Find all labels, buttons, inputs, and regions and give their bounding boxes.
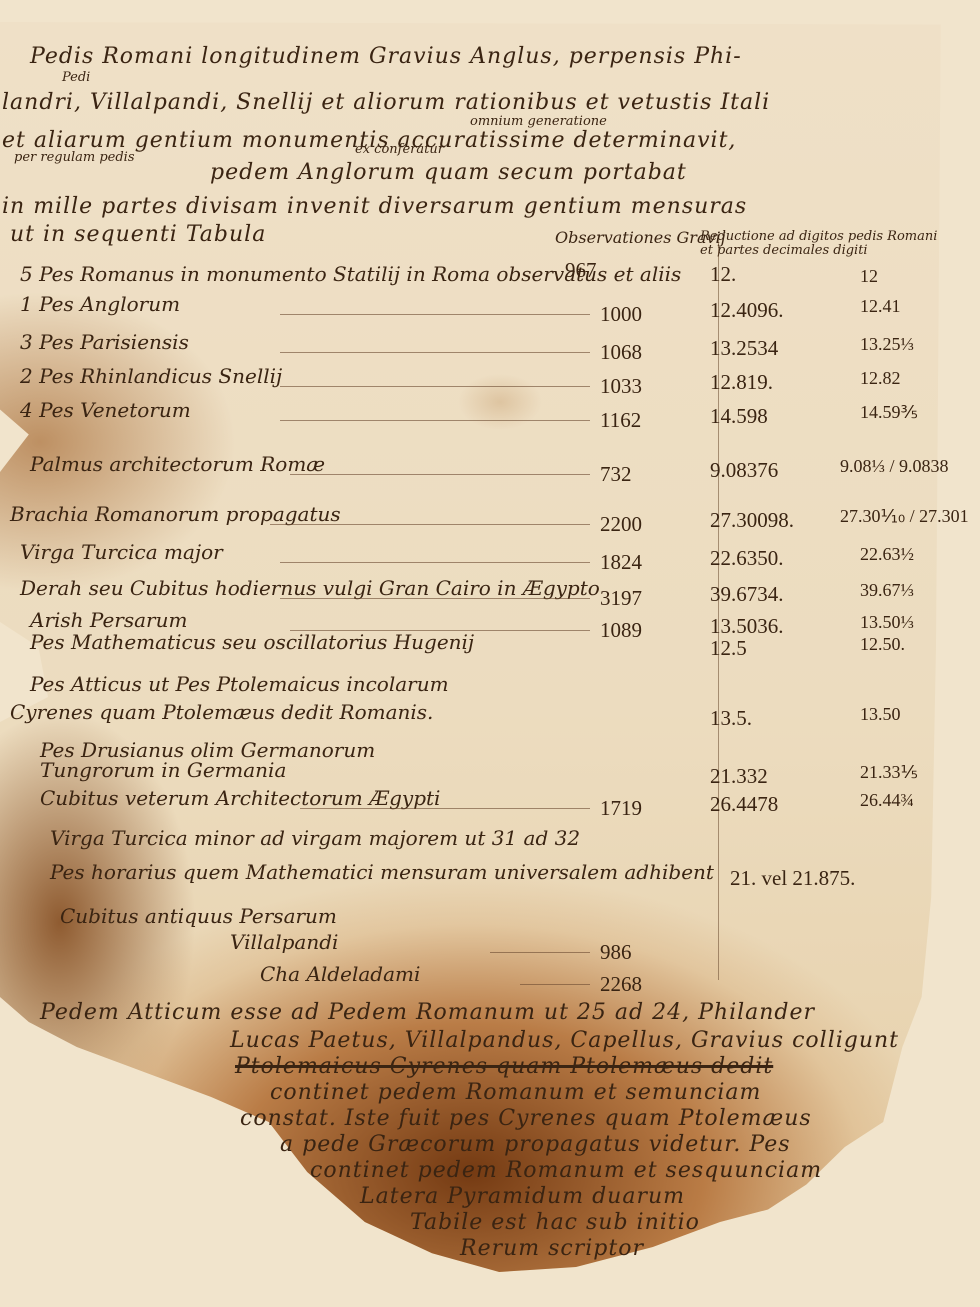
interlinear-note: ex conferatur bbox=[355, 142, 444, 157]
table-row-reduction-value: 26.4478 bbox=[710, 792, 778, 817]
table-row-reduction-value: 14.598 bbox=[710, 404, 768, 429]
table-row-gravius-value: 1000 bbox=[600, 302, 642, 327]
column-header-reduction: Reductione ad digitos pedis Romani et pa… bbox=[700, 230, 950, 258]
table-row-gravius-value: 1033 bbox=[600, 374, 642, 399]
table-row-digits-value: 13.50⅓ bbox=[860, 612, 914, 633]
table-row-label: Villalpandi bbox=[230, 930, 338, 954]
table-row-label: 2 Pes Rhinlandicus Snellij bbox=[20, 364, 282, 388]
leader-line bbox=[280, 386, 590, 387]
table-row-digits-value: 12.82 bbox=[860, 368, 901, 389]
leader-line bbox=[280, 420, 590, 421]
table-row-label: Palmus architectorum Romæ bbox=[30, 452, 325, 476]
closing-line-2: Lucas Paetus, Villalpandus, Capellus, Gr… bbox=[230, 1028, 899, 1053]
closing-line-8: Latera Pyramidum duarum bbox=[360, 1184, 685, 1209]
leader-line bbox=[280, 562, 590, 563]
table-row-gravius-value: 732 bbox=[600, 462, 632, 487]
table-row-label: Cha Aldeladami bbox=[260, 962, 420, 986]
table-row-gravius-value: 1089 bbox=[600, 618, 642, 643]
table-row-reduction-value: 39.6734. bbox=[710, 582, 784, 607]
table-row-gravius-value: 2200 bbox=[600, 512, 642, 537]
table-row-digits-value: 9.08⅓ / 9.0838 bbox=[840, 456, 949, 477]
table-row-reduction-value: 12.5 bbox=[710, 636, 747, 661]
intro-line-6: ut in sequenti Tabula bbox=[10, 222, 266, 247]
table-row-reduction-value: 12.4096. bbox=[710, 298, 784, 323]
leader-line bbox=[280, 314, 590, 315]
table-row-label: Derah seu Cubitus hodiernus vulgi Gran C… bbox=[20, 576, 600, 600]
intro-line-4: pedem Anglorum quam secum portabat bbox=[210, 160, 687, 185]
closing-line-7: continet pedem Romanum et sesquunciam bbox=[310, 1158, 822, 1183]
closing-line-1: Pedem Atticum esse ad Pedem Romanum ut 2… bbox=[40, 1000, 815, 1025]
table-row-gravius-value: 2268 bbox=[600, 972, 642, 997]
table-row-digits-value: 27.30⅒ / 27.301 bbox=[840, 506, 969, 527]
leader-line bbox=[520, 984, 590, 985]
closing-line-9: Tabile est hac sub initio bbox=[410, 1210, 700, 1235]
table-row-digits-value: 26.44¾ bbox=[860, 790, 914, 811]
table-row-reduction-value: 13.5. bbox=[710, 706, 752, 731]
leader-line bbox=[280, 352, 590, 353]
table-row-label: Pes Mathematicus seu oscillatorius Hugen… bbox=[30, 630, 474, 654]
leader-line bbox=[300, 808, 590, 809]
table-row-digits-value: 12.50. bbox=[860, 634, 905, 655]
leader-line bbox=[280, 598, 590, 599]
closing-line-6: a pede Græcorum propagatus videtur. Pes bbox=[280, 1132, 791, 1157]
table-row-reduction-value: 9.08376 bbox=[710, 458, 778, 483]
closing-line-5: constat. Iste fuit pes Cyrenes quam Ptol… bbox=[240, 1106, 812, 1131]
table-row-reduction-value: 12. bbox=[710, 262, 736, 287]
table-row-gravius-value: 1162 bbox=[600, 408, 641, 433]
table-row-label: Virga Turcica minor ad virgam majorem ut… bbox=[50, 826, 580, 850]
table-row-label: Cyrenes quam Ptolemæus dedit Romanis. bbox=[10, 700, 433, 724]
table-row-label: 1 Pes Anglorum bbox=[20, 292, 180, 316]
table-row-reduction-value: 13.2534 bbox=[710, 336, 778, 361]
table-row-reduction-value: 22.6350. bbox=[710, 546, 784, 571]
table-row-digits-value: 21.33⅕ bbox=[860, 762, 918, 783]
table-row-gravius-value: 967 bbox=[565, 258, 597, 283]
table-row-reduction-value: 21. vel 21.875. bbox=[730, 866, 855, 891]
closing-line-3: Ptolemaicus Cyrenes quam Ptolemæus dedit bbox=[235, 1054, 773, 1079]
table-row-label: Pes Atticus ut Pes Ptolemaicus incolarum bbox=[30, 672, 449, 696]
table-row-reduction-value: 27.30098. bbox=[710, 508, 794, 533]
intro-line-2: landri, Villalpandi, Snellij et aliorum … bbox=[2, 90, 770, 115]
interlinear-note: Pedi bbox=[62, 70, 90, 85]
intro-line-5: in mille partes divisam invenit diversar… bbox=[2, 194, 747, 219]
leader-line bbox=[270, 524, 590, 525]
interlinear-note: per regulam pedis bbox=[14, 150, 135, 165]
table-row-digits-value: 22.63½ bbox=[860, 544, 914, 565]
table-row-digits-value: 13.25⅓ bbox=[860, 334, 914, 355]
table-row-digits-value: 14.59⅗ bbox=[860, 402, 918, 423]
closing-line-4: continet pedem Romanum et semunciam bbox=[270, 1080, 761, 1105]
leader-line bbox=[490, 952, 590, 953]
table-row-reduction-value: 12.819. bbox=[710, 370, 773, 395]
leader-line bbox=[290, 474, 590, 475]
table-row-label: Tungrorum in Germania bbox=[40, 758, 286, 782]
table-row-digits-value: 13.50 bbox=[860, 704, 901, 725]
table-row-label: 3 Pes Parisiensis bbox=[20, 330, 189, 354]
interlinear-note: omnium generatione bbox=[470, 114, 607, 129]
table-row-label: Cubitus veterum Architectorum Ægypti bbox=[40, 786, 440, 810]
table-row-label: Brachia Romanorum propagatus bbox=[10, 502, 341, 526]
table-row-digits-value: 39.67⅓ bbox=[860, 580, 914, 601]
table-row-label: Pes horarius quem Mathematici mensuram u… bbox=[50, 860, 714, 884]
table-row-gravius-value: 986 bbox=[600, 940, 632, 965]
table-row-label: Virga Turcica major bbox=[20, 540, 223, 564]
table-row-label: 4 Pes Venetorum bbox=[20, 398, 191, 422]
table-row-digits-value: 12.41 bbox=[860, 296, 901, 317]
table-row-gravius-value: 1824 bbox=[600, 550, 642, 575]
closing-line-10: Rerum scriptor bbox=[460, 1236, 644, 1261]
intro-line-1: Pedis Romani longitudinem Gravius Anglus… bbox=[30, 44, 742, 69]
table-row-gravius-value: 3197 bbox=[600, 586, 642, 611]
table-row-label: Cubitus antiquus Persarum bbox=[60, 904, 337, 928]
table-row-gravius-value: 1719 bbox=[600, 796, 642, 821]
table-row-reduction-value: 21.332 bbox=[710, 764, 768, 789]
table-row-digits-value: 12 bbox=[860, 266, 878, 287]
table-row-label: Arish Persarum bbox=[30, 608, 187, 632]
table-row-gravius-value: 1068 bbox=[600, 340, 642, 365]
